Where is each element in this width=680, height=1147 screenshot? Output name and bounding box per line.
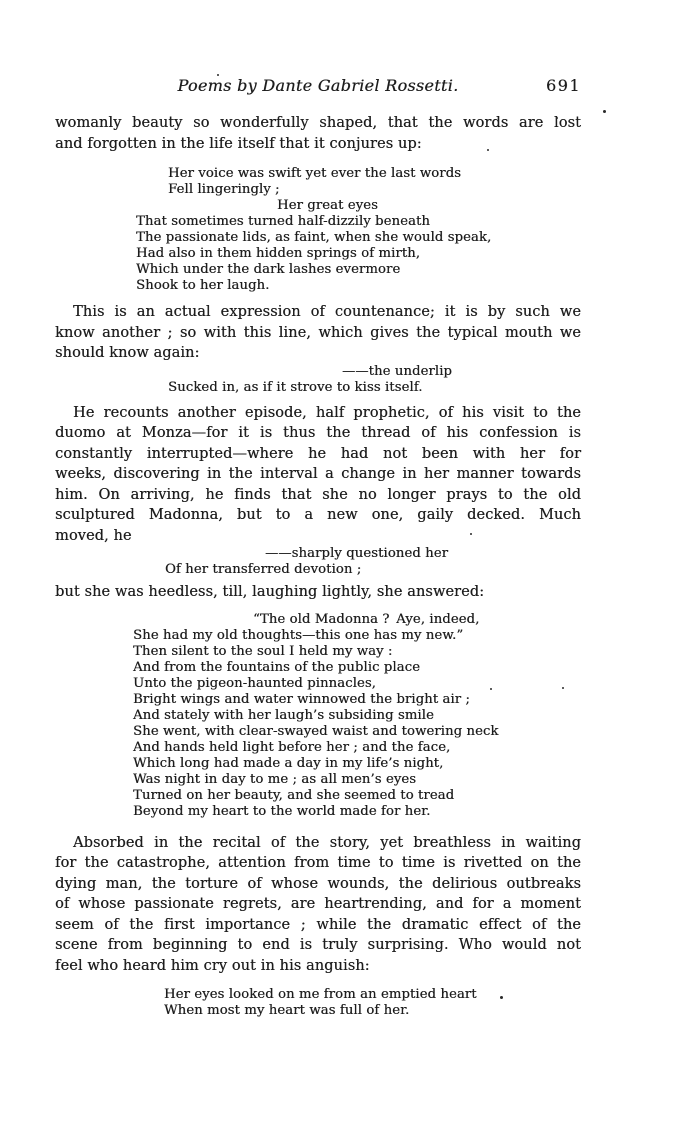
prose-line: seem of the first importance ; while the… [55,915,581,936]
verse-line: ——the underlip [55,364,581,380]
scan-speck [217,74,219,76]
prose-line: know another ; so with this line, which … [55,323,581,344]
verse-line: The passionate lids, as faint, when she … [55,230,581,246]
verse-line: She went, with clear-swayed waist and to… [55,724,581,740]
prose-line: of whose passionate regrets, are heartre… [55,894,581,915]
scan-speck [500,996,503,999]
paragraph-actual-expression: This is an actual expression of countena… [55,302,581,364]
text-block: Poems by Dante Gabriel Rossetti. 691 wom… [55,76,581,1019]
verse-line: And hands held light before her ; and th… [55,740,581,756]
verse-line: And stately with her laugh’s subsiding s… [55,708,581,724]
running-header: Poems by Dante Gabriel Rossetti. 691 [55,76,581,95]
prose-line: sculptured Madonna, but to a new one, ga… [55,505,581,526]
paragraph-but-she-was-heedless: but she was heedless, till, laughing lig… [55,582,581,603]
prose-line: moved, he [55,526,581,547]
verse-line: Unto the pigeon-haunted pinnacles, [55,676,581,692]
prose-line: duomo at Monza—for it is thus the thread… [55,423,581,444]
paragraph-he-recounts: He recounts another episode, half prophe… [55,403,581,547]
prose-line: dying man, the torture of whose wounds, … [55,874,581,895]
verse-quote-her-voice: Her voice was swift yet ever the last wo… [55,166,581,294]
verse-line: That sometimes turned half-dizzily benea… [55,214,581,230]
verse-line: Was night in day to me ; as all men’s ey… [55,772,581,788]
page-number: 691 [546,76,581,95]
verse-line: Beyond my heart to the world made for he… [55,804,581,820]
prose-line: He recounts another episode, half prophe… [55,403,581,424]
page-title: Poems by Dante Gabriel Rossetti. [55,76,581,95]
prose-line: should know again: [55,343,581,364]
scanned-book-page: Poems by Dante Gabriel Rossetti. 691 wom… [0,0,680,1147]
verse-line: Her great eyes [55,198,581,214]
prose-line: for the catastrophe, attention from time… [55,853,581,874]
prose-line: This is an actual expression of countena… [55,302,581,323]
scan-speck [562,687,564,689]
scan-speck [470,533,472,535]
verse-line: Then silent to the soul I held my way : [55,644,581,660]
verse-quote-old-madonna: “The old Madonna ? Aye, indeed,She had m… [55,612,581,820]
scan-speck [490,688,492,690]
verse-line: Which long had made a day in my life’s n… [55,756,581,772]
prose-line: him. On arriving, he finds that she no l… [55,485,581,506]
verse-line: ——sharply questioned her [55,546,581,562]
prose-line: and forgotten in the life itself that it… [55,134,581,155]
prose-line: weeks, discovering in the interval a cha… [55,464,581,485]
verse-line: And from the fountains of the public pla… [55,660,581,676]
verse-line: Shook to her laugh. [55,278,581,294]
paragraph-womanly-beauty: womanly beauty so wonderfully shaped, th… [55,113,581,154]
scan-speck [556,117,558,119]
prose-line: scene from beginning to end is truly sur… [55,935,581,956]
verse-quote-underlip: ——the underlipSucked in, as if it strove… [55,364,581,396]
verse-line: Bright wings and water winnowed the brig… [55,692,581,708]
verse-line: Of her transferred devotion ; [55,562,581,578]
verse-line: Which under the dark lashes evermore [55,262,581,278]
verse-line: Sucked in, as if it strove to kiss itsel… [55,380,581,396]
verse-line: Her voice was swift yet ever the last wo… [55,166,581,182]
verse-line: “The old Madonna ? Aye, indeed, [55,612,581,628]
verse-line: When most my heart was full of her. [55,1003,581,1019]
prose-line: Absorbed in the recital of the story, ye… [55,833,581,854]
verse-line: Turned on her beauty, and she seemed to … [55,788,581,804]
verse-line: Had also in them hidden springs of mirth… [55,246,581,262]
verse-quote-sharply-questioned: ——sharply questioned herOf her transferr… [55,546,581,578]
verse-line: Her eyes looked on me from an emptied he… [55,987,581,1003]
scan-speck [487,149,489,151]
prose-line: constantly interrupted—where he had not … [55,444,581,465]
paragraph-absorbed-in-recital: Absorbed in the recital of the story, ye… [55,833,581,977]
verse-line: She had my old thoughts—this one has my … [55,628,581,644]
scan-speck [603,110,606,113]
prose-line: but she was heedless, till, laughing lig… [55,582,581,603]
prose-line: feel who heard him cry out in his anguis… [55,956,581,977]
verse-quote-her-eyes-looked: Her eyes looked on me from an emptied he… [55,987,581,1019]
prose-line: womanly beauty so wonderfully shaped, th… [55,113,581,134]
verse-line: Fell lingeringly ; [55,182,581,198]
